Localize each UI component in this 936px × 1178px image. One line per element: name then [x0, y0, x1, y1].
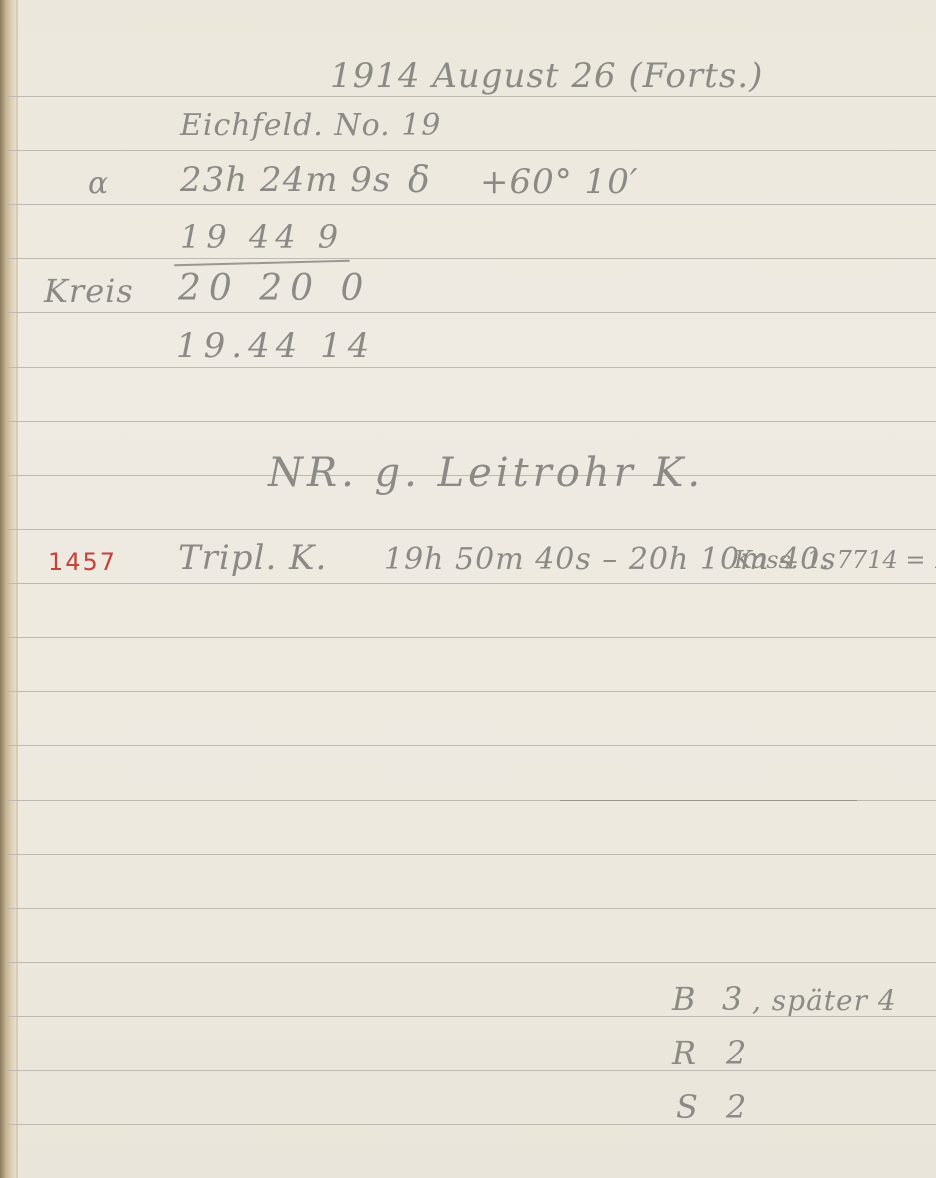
ruled-line: [8, 150, 936, 151]
ruled-line: [8, 312, 936, 313]
ruled-line: [8, 583, 936, 584]
condition-label: R: [672, 1034, 697, 1072]
calc-line-1: 19 44 9: [180, 218, 344, 256]
pencil-underline: [560, 800, 857, 801]
binding-edge: [16, 0, 18, 1178]
field-name: Eichfeld. No. 19: [180, 108, 441, 143]
notebook-page: 1914 August 26 (Forts.) Eichfeld. No. 19…: [0, 0, 936, 1178]
ruled-line: [8, 258, 936, 259]
alpha-label: α: [88, 166, 109, 201]
cassette-info: Kass. 1. 7714 = 1800: [734, 546, 936, 574]
ruled-line: [8, 1070, 936, 1071]
entry-label: Tripl. K.: [178, 538, 327, 578]
kreis-value: 20 20 0: [178, 268, 371, 309]
ruled-line: [8, 421, 936, 422]
condition-value: 3: [722, 980, 743, 1018]
condition-value: 2: [726, 1088, 747, 1126]
ruled-line: [8, 529, 936, 530]
ruled-line: [8, 691, 936, 692]
kreis-label: Kreis: [44, 272, 134, 310]
page-date: 1914 August 26 (Forts.): [330, 56, 763, 96]
notebook-binding: [0, 0, 16, 1178]
ruled-line: [8, 962, 936, 963]
condition-value: 2: [726, 1034, 747, 1072]
ruled-line: [8, 745, 936, 746]
instrument-note: NR. g. Leitrohr K.: [268, 450, 704, 496]
delta-value: +60° 10′: [480, 162, 639, 202]
condition-note: , später 4: [752, 984, 897, 1017]
ruled-line: [8, 854, 936, 855]
ruled-line: [8, 908, 936, 909]
ruled-line: [8, 1124, 936, 1125]
condition-label: B: [672, 980, 697, 1018]
calc-result: 19.44 14: [176, 326, 375, 366]
alpha-value: 23h 24m 9s: [180, 160, 391, 200]
ruled-line: [8, 96, 936, 97]
delta-label: δ: [408, 160, 431, 201]
condition-label: S: [676, 1088, 699, 1126]
ruled-line: [8, 367, 936, 368]
sum-rule: [174, 260, 350, 267]
ruled-line: [8, 204, 936, 205]
ruled-line: [8, 637, 936, 638]
entry-number: 1457: [48, 548, 117, 576]
